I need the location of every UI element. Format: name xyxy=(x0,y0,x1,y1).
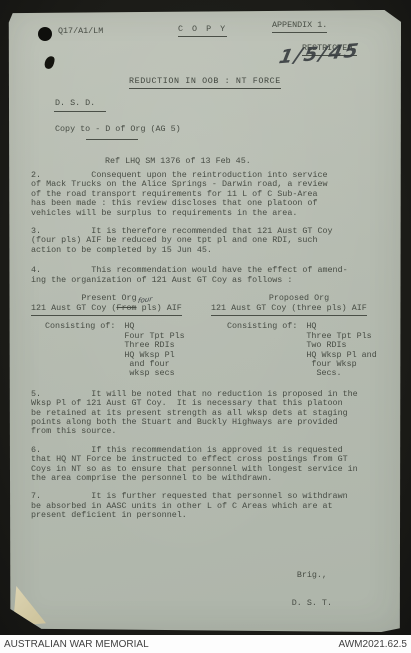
file-ref-number: Q17/A1/LM xyxy=(58,27,103,36)
org-comparison: Present Orgfour 121 Aust GT Coy (From pl… xyxy=(31,294,387,379)
paragraph-2: 2. Consequent upon the reintroduction in… xyxy=(31,171,387,218)
org-present-title-prefix: 121 Aust GT Coy ( xyxy=(31,303,116,313)
org-present-column: Present Orgfour 121 Aust GT Coy (From pl… xyxy=(31,294,201,379)
paragraph-6: 6. If this recommendation is approved it… xyxy=(31,446,387,484)
struck-word: From xyxy=(116,303,136,313)
document-paper: Q17/A1/LM C O P Y APPENDIX 1. RESTRICTED… xyxy=(8,10,401,632)
paragraph-4: 4. This recommendation would have the ef… xyxy=(31,266,387,285)
addressee: D. S. D. xyxy=(55,99,95,108)
org-present-title: 121 Aust GT Coy (From pls) AIF xyxy=(31,304,201,316)
archive-caption-bar: AUSTRALIAN WAR MEMORIAL AWM2021.62.5 xyxy=(0,635,411,653)
org-present-consisting: Consisting of: HQ Four Tpt Pls Three RDI… xyxy=(31,322,201,378)
photo-background: Q17/A1/LM C O P Y APPENDIX 1. RESTRICTED… xyxy=(0,0,411,635)
org-proposed-column: Proposed Org 121 Aust GT Coy (three pls)… xyxy=(211,294,387,379)
reference-line: Ref LHQ SM 1376 of 13 Feb 45. xyxy=(105,157,251,166)
org-proposed-title: 121 Aust GT Coy (three pls) AIF xyxy=(211,304,387,316)
document-body: 2. Consequent upon the reintroduction in… xyxy=(31,171,387,627)
paragraph-5: 5. It will be noted that no reduction is… xyxy=(31,390,387,437)
copy-heading: C O P Y xyxy=(178,25,227,37)
org-proposed-items: HQ Three Tpt Pls Two RDIs HQ Wksp Pl and… xyxy=(306,322,376,378)
hole-punch-icon xyxy=(38,27,52,41)
handwritten-date: 1/5/45 xyxy=(278,47,360,63)
copy-to-underline xyxy=(86,139,138,140)
signature-initials: D. S. T. xyxy=(292,599,332,608)
org-present-items: HQ Four Tpt Pls Three RDIs HQ Wksp Pl an… xyxy=(124,322,184,378)
org-proposed-consisting: Consisting of: HQ Three Tpt Pls Two RDIs… xyxy=(211,322,387,378)
paragraph-7: 7. It is further requested that personne… xyxy=(31,492,387,520)
ink-blot-icon xyxy=(44,55,56,70)
consisting-label: Consisting of: xyxy=(227,322,297,378)
appendix-label: APPENDIX 1. xyxy=(272,21,327,33)
copy-to-line: Copy to - D of Org (AG 5) xyxy=(55,125,181,134)
addressee-underline xyxy=(54,111,106,112)
org-proposed-title-text: 121 Aust GT Coy (three pls) AIF xyxy=(211,304,367,316)
signature-rank: Brig., xyxy=(292,571,332,580)
org-present-heading: Present Orgfour xyxy=(31,294,201,303)
institution-label: AUSTRALIAN WAR MEMORIAL xyxy=(4,639,149,650)
document-title: REDUCTION IN OOB : NT FORCE xyxy=(129,77,281,89)
org-present-heading-text: Present Org xyxy=(81,293,136,303)
consisting-label: Consisting of: xyxy=(45,322,115,378)
accession-number: AWM2021.62.5 xyxy=(338,639,407,650)
paragraph-3: 3. It is therefore recommended that 121 … xyxy=(31,227,387,255)
signature-block: Brig., D. S. T. xyxy=(292,552,332,627)
org-proposed-heading: Proposed Org xyxy=(211,294,387,303)
